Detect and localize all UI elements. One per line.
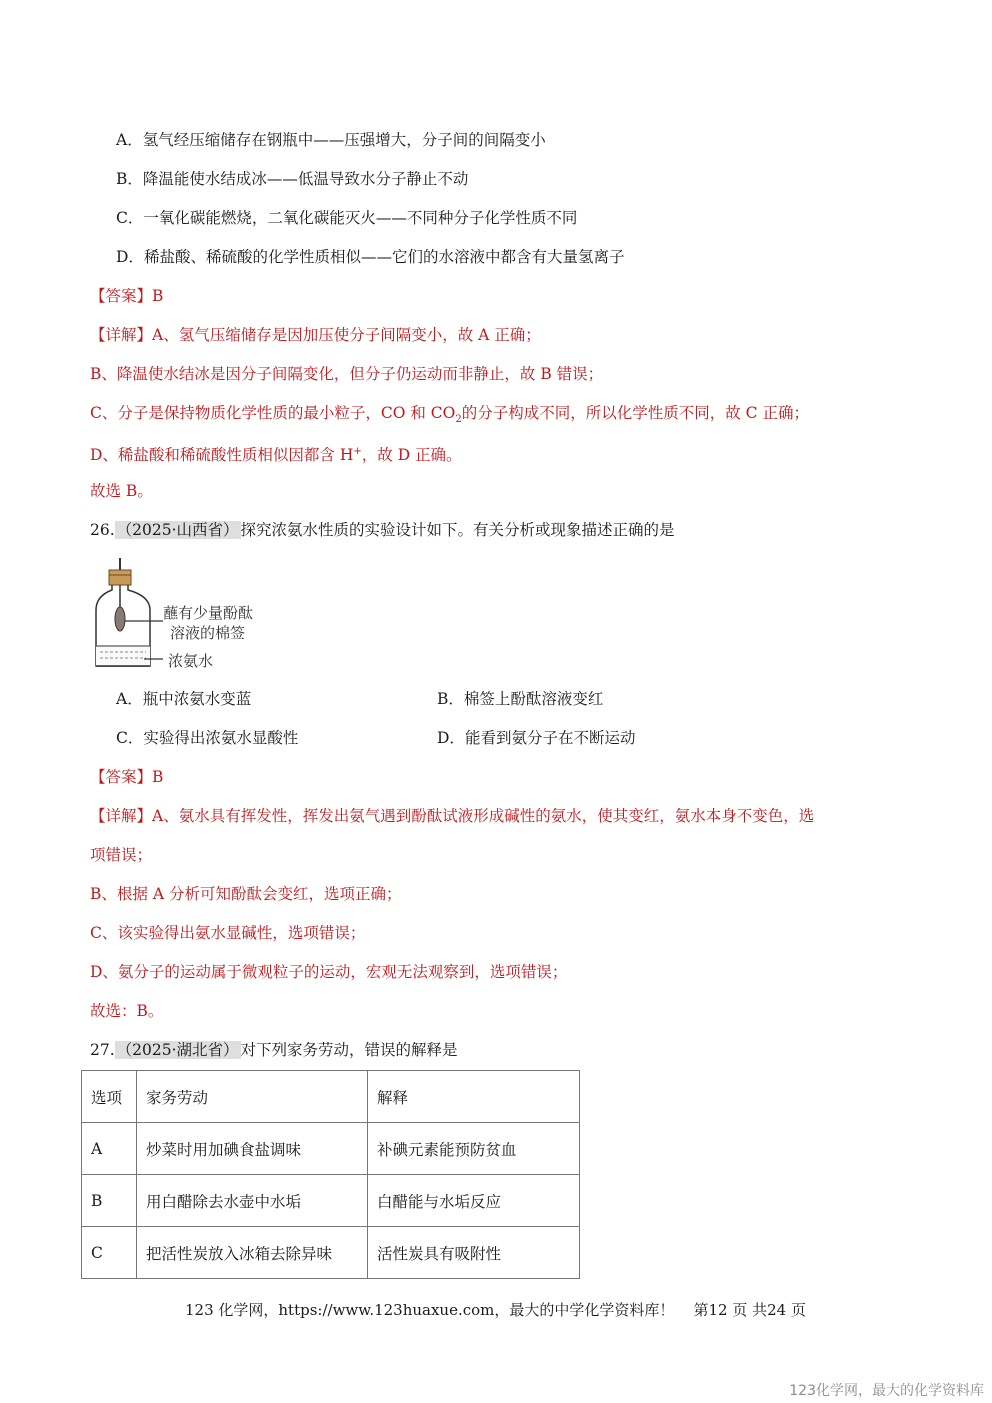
table-row: B 用白醋除去水壶中水垢 白醋能与水垢反应 <box>82 1175 580 1227</box>
q26-detail-c: C、该实验得出氨水显碱性，选项错误； <box>90 923 365 943</box>
watermark: 123化学网，最大的化学资料库 <box>789 1380 984 1400</box>
q26-option-a: A．瓶中浓氨水变蓝 <box>116 689 251 709</box>
q26-detail-a-cont: 项错误； <box>90 845 152 865</box>
q26-option-b: B．棉签上酚酞溶液变红 <box>437 689 603 709</box>
option-letter: C． <box>116 209 143 227</box>
question-text: 探究浓氨水性质的实验设计如下。有关分析或现象描述正确的是 <box>241 521 675 539</box>
q27-table: 选项 家务劳动 解释 A 炒菜时用加碘食盐调味 补碘元素能预防贫血 B 用白醋除… <box>81 1070 580 1279</box>
q26-detail-b: B、根据 A 分析可知酚酞会变红，选项正确； <box>90 884 401 904</box>
answer-label: 【答案】 <box>90 287 152 305</box>
table-cell: C <box>82 1227 137 1279</box>
detail-text: A、氨水具有挥发性，挥发出氨气遇到酚酞试液形成碱性的氨水，使其变红，氨水本身不变… <box>152 807 814 825</box>
footer-text: 123 化学网，https://www.123huaxue.com，最大的中学化… <box>185 1301 674 1319</box>
table-cell: 活性炭具有吸附性 <box>368 1227 580 1279</box>
q25-detail-a: 【详解】A、氢气压缩储存是因加压使分子间隔变小，故 A 正确； <box>90 325 541 345</box>
question-source: （2025·山西省） <box>115 521 241 539</box>
table-header: 选项 <box>82 1071 137 1123</box>
q25-option-d: D．稀盐酸、稀硫酸的化学性质相似——它们的水溶液中都含有大量氢离子 <box>116 247 624 267</box>
table-header: 家务劳动 <box>137 1071 368 1123</box>
table-cell: 炒菜时用加碘食盐调味 <box>137 1123 368 1175</box>
question-number: 26. <box>90 521 115 539</box>
answer-value: B <box>152 768 163 786</box>
question-source: （2025·湖北省） <box>115 1041 241 1059</box>
q27-stem: 27.（2025·湖北省）对下列家务劳动，错误的解释是 <box>90 1040 458 1060</box>
detail-text: 的分子构成不同，所以化学性质不同，故 C 正确； <box>462 404 809 422</box>
q25-detail-d: D、稀盐酸和稀硫酸性质相似因都含 H+，故 D 正确。 <box>90 442 462 465</box>
table-cell: A <box>82 1123 137 1175</box>
q26-detail-a: 【详解】A、氨水具有挥发性，挥发出氨气遇到酚酞试液形成碱性的氨水，使其变红，氨水… <box>90 806 814 826</box>
detail-text: A、氢气压缩储存是因加压使分子间隔变小，故 A 正确； <box>152 326 541 344</box>
detail-label: 【详解】 <box>90 326 152 344</box>
option-letter: B． <box>437 690 464 708</box>
option-text: 一氧化碳能燃烧，二氧化碳能灭火——不同种分子化学性质不同 <box>143 209 577 227</box>
table-cell: 补碘元素能预防贫血 <box>368 1123 580 1175</box>
q25-detail-b: B、降温使水结冰是因分子间隔变化，但分子仍运动而非静止，故 B 错误； <box>90 364 603 384</box>
detail-text: D、稀盐酸和稀硫酸性质相似因都含 H <box>90 446 353 464</box>
option-text: 实验得出浓氨水显酸性 <box>143 729 298 747</box>
option-letter: D． <box>116 248 144 266</box>
q25-option-a: A．氢气经压缩储存在钢瓶中——压强增大，分子间的间隔变小 <box>116 130 546 150</box>
answer-label: 【答案】 <box>90 768 152 786</box>
option-letter: A． <box>116 690 143 708</box>
swab-label: 蘸有少量酚酞 <box>163 602 253 623</box>
table-row: A 炒菜时用加碘食盐调味 补碘元素能预防贫血 <box>82 1123 580 1175</box>
table-row: C 把活性炭放入冰箱去除异味 活性炭具有吸附性 <box>82 1227 580 1279</box>
table-cell: B <box>82 1175 137 1227</box>
table-header-row: 选项 家务劳动 解释 <box>82 1071 580 1123</box>
q25-answer: 【答案】B <box>90 286 163 306</box>
q26-stem: 26.（2025·山西省）探究浓氨水性质的实验设计如下。有关分析或现象描述正确的… <box>90 520 675 540</box>
q25-detail-c: C、分子是保持物质化学性质的最小粒子，CO 和 CO2的分子构成不同，所以化学性… <box>90 403 809 430</box>
option-text: 稀盐酸、稀硫酸的化学性质相似——它们的水溶液中都含有大量氢离子 <box>144 248 625 266</box>
detail-text: C、分子是保持物质化学性质的最小粒子，CO 和 CO <box>90 404 455 422</box>
option-text: 瓶中浓氨水变蓝 <box>143 690 252 708</box>
swab-label-line2: 溶液的棉签 <box>170 622 245 643</box>
table-header: 解释 <box>368 1071 580 1123</box>
q26-conclusion: 故选：B。 <box>90 1001 163 1021</box>
option-letter: A． <box>116 131 143 149</box>
detail-label: 【详解】 <box>90 807 152 825</box>
option-letter: B． <box>116 170 143 188</box>
detail-text: ，故 D 正确。 <box>362 446 462 464</box>
option-letter: D． <box>437 729 465 747</box>
q26-option-c: C．实验得出浓氨水显酸性 <box>116 728 298 748</box>
option-letter: C． <box>116 729 143 747</box>
ammonia-experiment-figure: 蘸有少量酚酞 溶液的棉签 浓氨水 <box>88 558 288 673</box>
table-cell: 把活性炭放入冰箱去除异味 <box>137 1227 368 1279</box>
ammonia-label: 浓氨水 <box>168 650 213 671</box>
option-text: 降温能使水结成冰——低温导致水分子静止不动 <box>143 170 469 188</box>
q26-detail-d: D、氨分子的运动属于微观粒子的运动，宏观无法观察到，选项错误； <box>90 962 567 982</box>
page-footer: 123 化学网，https://www.123huaxue.com，最大的中学化… <box>185 1299 806 1320</box>
q25-option-c: C．一氧化碳能燃烧，二氧化碳能灭火——不同种分子化学性质不同 <box>116 208 577 228</box>
question-number: 27. <box>90 1041 115 1059</box>
table-cell: 白醋能与水垢反应 <box>368 1175 580 1227</box>
answer-value: B <box>152 287 163 305</box>
question-text: 对下列家务劳动，错误的解释是 <box>241 1041 458 1059</box>
option-text: 能看到氨分子在不断运动 <box>465 729 636 747</box>
option-text: 棉签上酚酞溶液变红 <box>464 690 604 708</box>
q26-option-d: D．能看到氨分子在不断运动 <box>437 728 635 748</box>
option-text: 氢气经压缩储存在钢瓶中——压强增大，分子间的间隔变小 <box>143 131 546 149</box>
table-cell: 用白醋除去水壶中水垢 <box>137 1175 368 1227</box>
q25-option-b: B．降温能使水结成冰——低温导致水分子静止不动 <box>116 169 468 189</box>
q26-answer: 【答案】B <box>90 767 163 787</box>
page-number: 第12 页 共24 页 <box>693 1301 805 1319</box>
superscript: + <box>353 446 361 457</box>
q25-conclusion: 故选 B。 <box>90 481 153 501</box>
